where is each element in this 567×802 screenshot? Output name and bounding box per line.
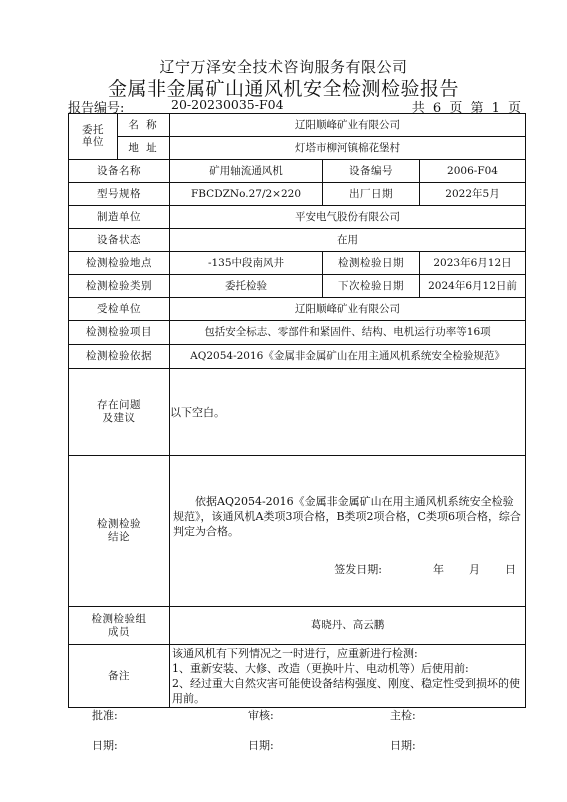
- equipment-name-label: 设备名称: [69, 160, 170, 183]
- equipment-number-value: 2006-F04: [420, 160, 526, 183]
- report-table: 委托单位 名 称 辽阳顺峰矿业有限公司 地 址 灯塔市柳河镇棉花堡村 设备名称 …: [68, 113, 526, 708]
- review-date-label: 日期:: [248, 737, 274, 753]
- model-value: FBCDZNo.27/2×220: [170, 183, 323, 206]
- next-date-value: 2024年6月12日前: [420, 275, 526, 298]
- status-value: 在用: [170, 229, 526, 252]
- items-label: 检测检验项目: [69, 321, 170, 345]
- chief-inspector-label: 主检:: [390, 707, 416, 723]
- team-label: 检测检验组 成员: [69, 607, 170, 645]
- approve-label: 批准:: [92, 707, 118, 723]
- approve-date-label: 日期:: [92, 737, 118, 753]
- team-members: 葛晓丹、高云鹏: [170, 607, 526, 645]
- manufacturer-label: 制造单位: [69, 206, 170, 229]
- basis-label: 检测检验依据: [69, 345, 170, 369]
- conclusion-text: 依据AQ2054-2016《金属非金属矿山在用主通风机系统安全检验规范》，该通风…: [173, 494, 522, 539]
- model-label: 型号规格: [69, 183, 170, 206]
- review-label: 审核:: [248, 707, 274, 723]
- client-address-value: 灯塔市柳河镇棉花堡村: [170, 137, 526, 160]
- issues-label: 存在问题 及建议: [69, 369, 170, 456]
- issues-value: 以下空白。: [170, 369, 526, 456]
- category-label: 检测检验类别: [69, 275, 170, 298]
- basis-value: AQ2054-2016《金属非金属矿山在用主通风机系统安全检验规范》: [170, 345, 526, 369]
- items-value: 包括安全标志、零部件和紧固件、结构、电机运行功率等16项: [170, 321, 526, 345]
- remarks-label: 备注: [69, 645, 170, 708]
- client-address-label: 地 址: [118, 137, 170, 160]
- status-label: 设备状态: [69, 229, 170, 252]
- sign-date: 签发日期: 年 月 日: [173, 563, 522, 576]
- inspected-unit-label: 受检单位: [69, 298, 170, 321]
- next-date-label: 下次检验日期: [323, 275, 420, 298]
- chief-date-label: 日期:: [390, 737, 416, 753]
- remarks-line-3: 2、经过重大自然灾害可能使设备结构强度、刚度、稳定性受到损坏的使用前。: [172, 676, 523, 706]
- client-name-label: 名 称: [118, 114, 170, 137]
- remarks-line-2: 1、重新安装、大修、改造（更换叶片、电动机等）后使用前:: [172, 661, 523, 676]
- conclusion-value: 依据AQ2054-2016《金属非金属矿山在用主通风机系统安全检验规范》，该通风…: [170, 456, 526, 607]
- inspected-unit-value: 辽阳顺峰矿业有限公司: [170, 298, 526, 321]
- location-value: -135中段南风井: [170, 252, 323, 275]
- conclusion-label: 检测检验 结论: [69, 456, 170, 607]
- location-label: 检测检验地点: [69, 252, 170, 275]
- remarks-value: 该通风机有下列情况之一时进行，应重新进行检测: 1、重新安装、大修、改造（更换叶…: [170, 645, 526, 708]
- remarks-line-1: 该通风机有下列情况之一时进行，应重新进行检测:: [172, 646, 523, 661]
- factory-date-label: 出厂日期: [323, 183, 420, 206]
- equipment-name-value: 矿用轴流通风机: [170, 160, 323, 183]
- inspection-date-label: 检测检验日期: [323, 252, 420, 275]
- report-number-value: 20-20230035-F04: [171, 97, 284, 112]
- category-value: 委托检验: [170, 275, 323, 298]
- client-name-value: 辽阳顺峰矿业有限公司: [170, 114, 526, 137]
- equipment-number-label: 设备编号: [323, 160, 420, 183]
- client-group-label: 委托单位: [69, 114, 118, 160]
- manufacturer-value: 平安电气股份有限公司: [170, 206, 526, 229]
- inspection-date-value: 2023年6月12日: [420, 252, 526, 275]
- factory-date-value: 2022年5月: [420, 183, 526, 206]
